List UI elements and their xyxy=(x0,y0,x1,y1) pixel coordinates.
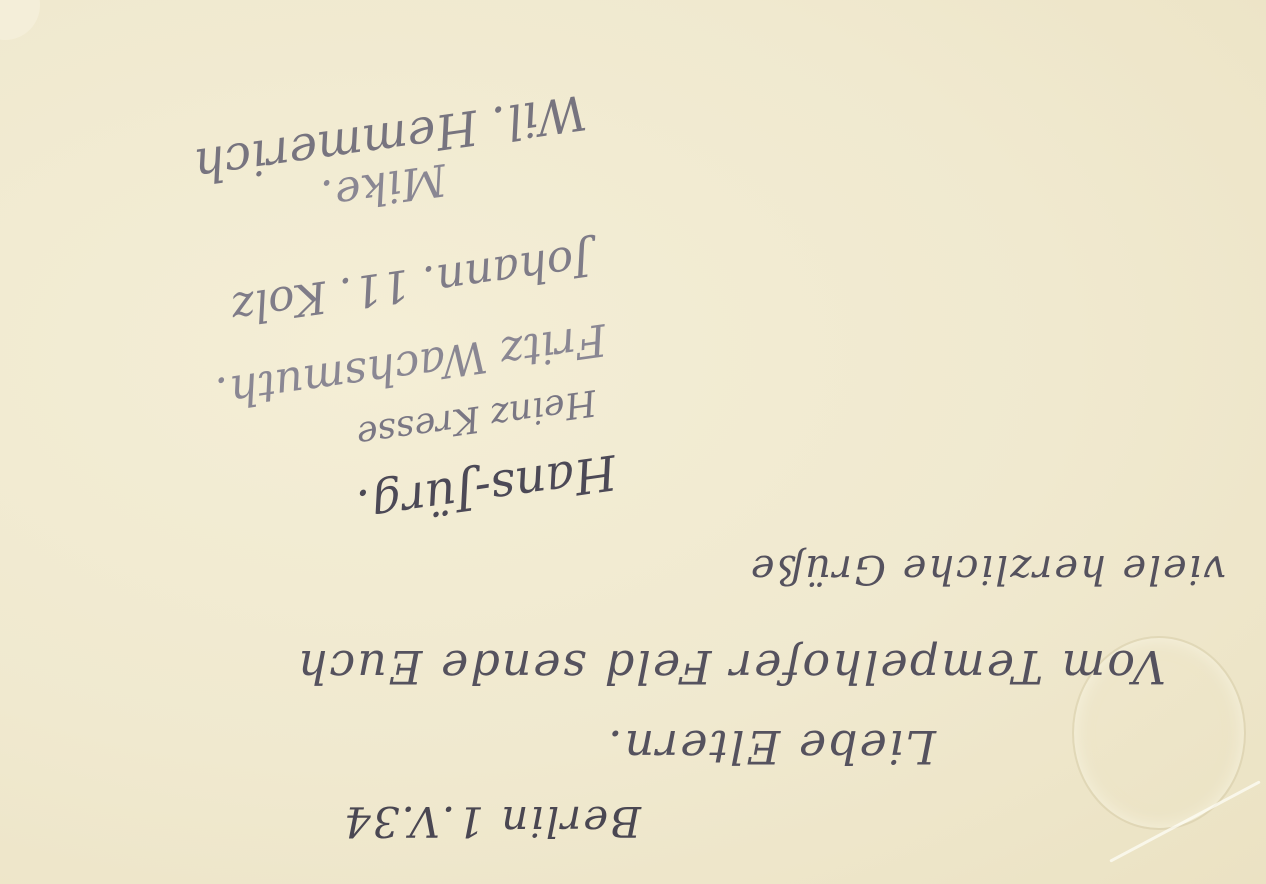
message-line-2: viele herzliche Grüße xyxy=(749,546,1226,592)
message-line-1: Vom Tempelhofer Feld sende Euch xyxy=(296,640,1166,694)
signature: Johann. 11. Kolz xyxy=(228,233,594,334)
signature: Hans-Jürg. xyxy=(353,443,620,535)
handwriting-layer: Berlin 1.V.34 Liebe Eltern. Vom Tempelho… xyxy=(0,0,1266,884)
salutation: Liebe Eltern. xyxy=(606,720,936,774)
place-date: Berlin 1.V.34 xyxy=(342,797,641,846)
postcard: Berlin 1.V.34 Liebe Eltern. Vom Tempelho… xyxy=(0,0,1266,884)
